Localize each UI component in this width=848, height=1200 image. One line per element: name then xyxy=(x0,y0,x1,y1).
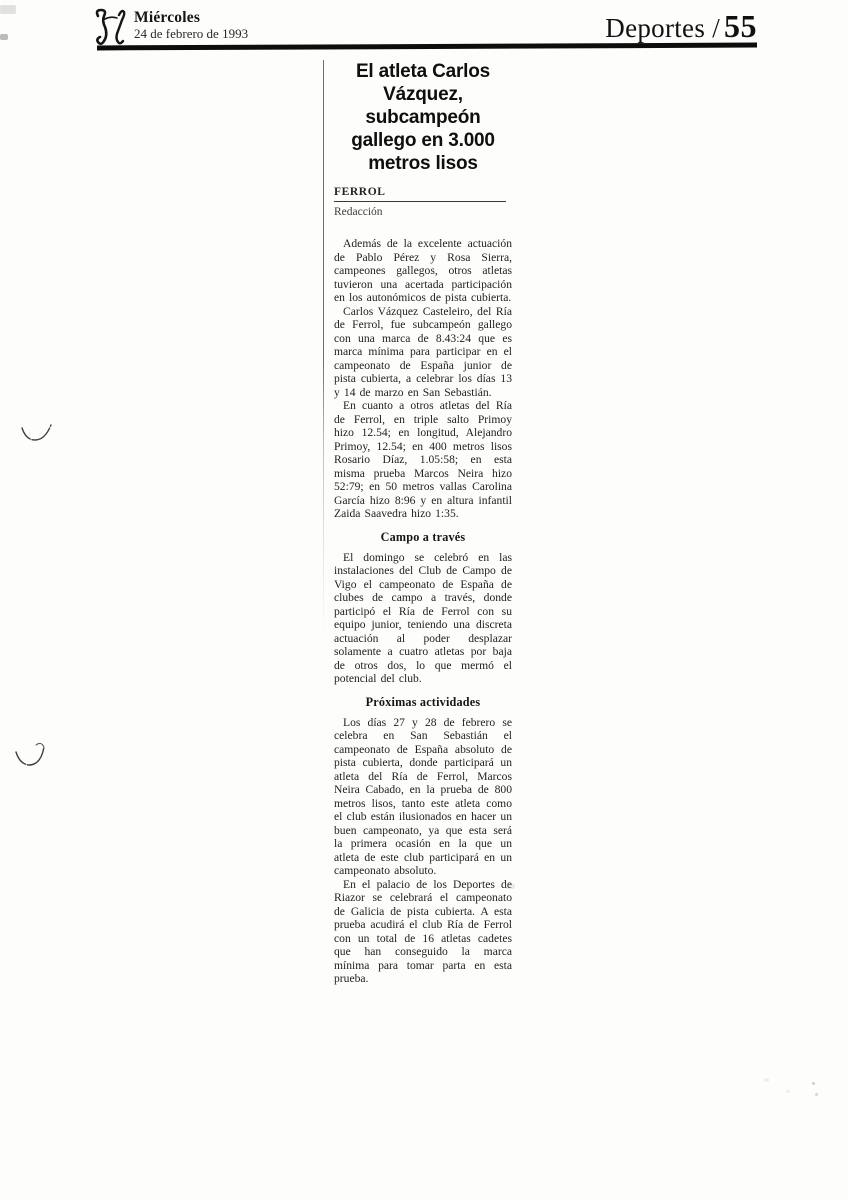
date-label: 24 de febrero de 1993 xyxy=(134,26,248,42)
paragraph: Los días 27 y 28 de febrero se celebra e… xyxy=(334,716,512,878)
scan-mark-curve xyxy=(20,420,54,451)
headline-line: Vázquez, xyxy=(334,83,512,106)
section-title: Deportes / xyxy=(605,13,720,43)
paragraph: En el palacio de los Deportes de Riazor … xyxy=(334,878,512,986)
section-header: Deportes / 55 xyxy=(605,8,757,45)
scan-speck xyxy=(786,1090,790,1093)
paragraph: Además de la excelente actuación de Pabl… xyxy=(334,237,512,305)
headline-line: subcampeón xyxy=(334,106,512,129)
weekday-label: Miércoles xyxy=(134,9,200,27)
section-heading: Próximas actividades xyxy=(334,695,512,710)
byline: Redacción xyxy=(334,206,512,218)
scan-speck xyxy=(0,5,16,14)
headline-line: gallego en 3.000 xyxy=(334,129,512,152)
article-headline: El atleta Carlos Vázquez, subcampeón gal… xyxy=(334,60,512,175)
article-body: Además de la excelente actuación de Pabl… xyxy=(334,237,512,986)
newspaper-page: Miércoles 24 de febrero de 1993 Deportes… xyxy=(0,0,848,1200)
masthead: Miércoles 24 de febrero de 1993 Deportes… xyxy=(0,0,848,56)
page-number: 55 xyxy=(724,8,757,44)
newspaper-logo-icon xyxy=(92,7,128,47)
scan-speck xyxy=(764,1078,769,1082)
masthead-rule xyxy=(97,43,757,50)
dateline: FERROL xyxy=(334,186,506,202)
headline-line: El atleta Carlos xyxy=(334,60,512,83)
scan-speck xyxy=(505,884,515,889)
headline-line: metros lisos xyxy=(334,152,512,175)
article: El atleta Carlos Vázquez, subcampeón gal… xyxy=(334,60,512,986)
paragraph: El domingo se celebró en las instalacion… xyxy=(334,551,512,686)
section-heading: Campo a través xyxy=(334,530,512,545)
scan-speck xyxy=(812,1082,815,1085)
scan-mark-curve xyxy=(14,738,50,773)
scan-speck xyxy=(0,34,8,40)
scan-speck xyxy=(815,1093,818,1096)
paragraph: En cuanto a otros atletas del Ría de Fer… xyxy=(334,399,512,521)
paragraph: Carlos Vázquez Casteleiro, del Ría de Fe… xyxy=(334,305,512,400)
column-divider-rule xyxy=(323,60,324,638)
